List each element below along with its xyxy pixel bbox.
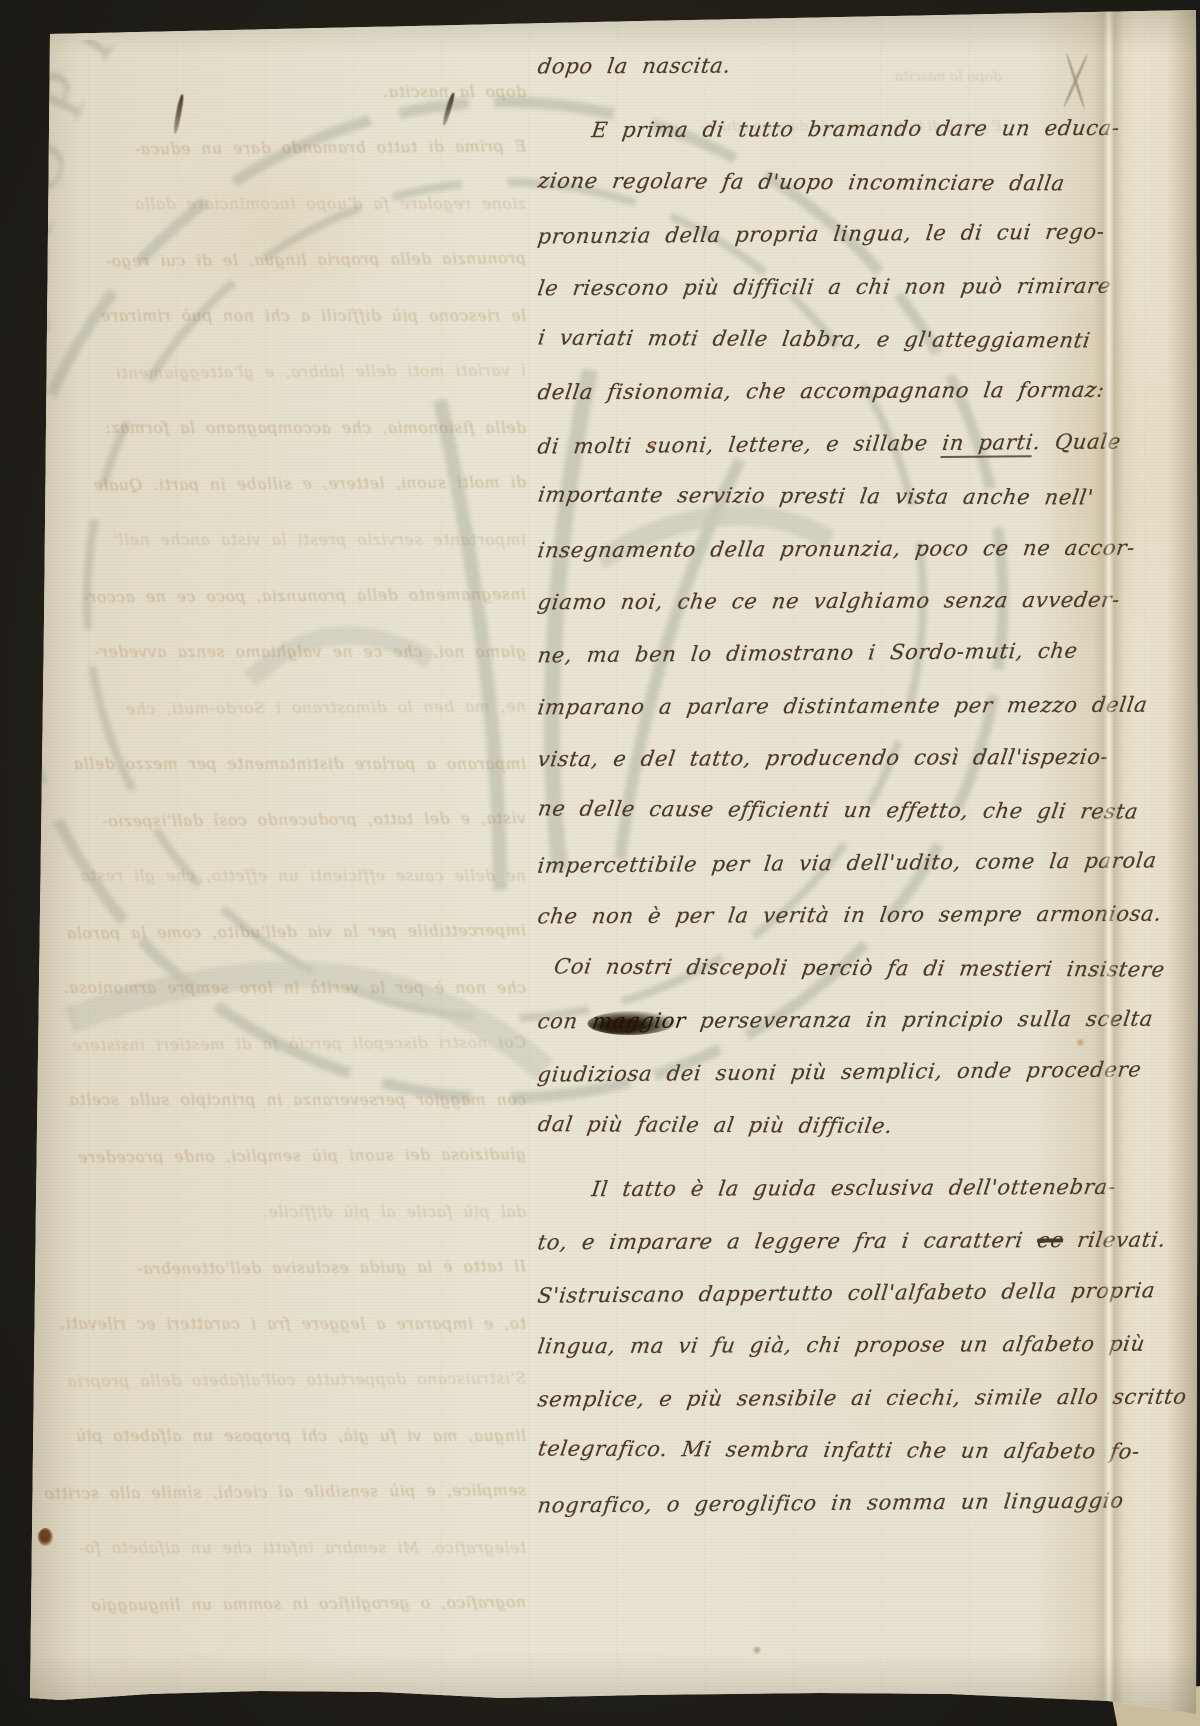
manuscript-line: vista, e del tatto, producendo così dall… — [538, 732, 1138, 784]
manuscript-line: S'istruiscano dappertutto coll'alfabeto … — [34, 1350, 526, 1409]
manuscript-line: lingua, ma vi fu già, chi propose un alf… — [34, 1408, 526, 1464]
manuscript-line: giudiziosa dei suoni più semplici, onde … — [34, 1126, 526, 1185]
page-edge-shadow-bottom — [0, 1652, 1200, 1726]
manuscript-line: telegrafico. Mi sembra infatti che un al… — [34, 1520, 526, 1576]
manuscript-line: to, e imparare a leggere fra i caratteri… — [34, 1296, 526, 1352]
manuscript-line: con maggior perseveranza in principio su… — [538, 994, 1138, 1046]
manuscript-line: Coi nostri discepoli perciò fa di mestie… — [538, 942, 1138, 994]
manuscript-line: importante servizio presti la vista anch… — [34, 512, 526, 568]
manuscript-line: E prima di tutto bramando dare un educa- — [538, 103, 1138, 155]
manuscript-line: le riescono più difficili a chi non può … — [34, 288, 526, 344]
manuscript-line: telegrafico. Mi sembra infatti che un al… — [538, 1424, 1138, 1476]
manuscript-line: ne, ma ben lo dimostrano i Sordo-muti, c… — [538, 627, 1138, 679]
manuscript-line: che non è per la verità in loro sempre a… — [538, 889, 1138, 941]
page-fold-crease — [1094, 0, 1124, 1726]
manuscript-text: dopo la nascita.E prima di tutto bramand… — [538, 40, 1138, 1529]
manuscript-line: Il tatto è la guida esclusiva dell'otten… — [538, 1162, 1138, 1214]
manuscript-line: di molti suoni, lettere, e sillabe in pa… — [34, 454, 526, 513]
manuscript-line: imparano a parlare distintamente per mez… — [538, 680, 1138, 732]
manuscript-line: impercettibile per la via dell'udito, co… — [34, 902, 526, 961]
manuscript-line: della fisionomia, che accompagnano la fo… — [34, 400, 526, 456]
manuscript-line: impercettibile per la via dell'udito, co… — [538, 837, 1138, 889]
manuscript-line: di molti suoni, lettere, e sillabe in pa… — [538, 418, 1138, 470]
manuscript-line: dal più facile al più difficile. — [34, 1184, 526, 1240]
manuscript-line: S'istruiscano dappertutto coll'alfabeto … — [538, 1267, 1138, 1319]
manuscript-scan: PROPRIETA PVBLICA dopo la nascita.E prim… — [0, 0, 1200, 1726]
page-edge-shadow-top — [0, 0, 1200, 54]
manuscript-line: giudiziosa dei suoni più semplici, onde … — [538, 1046, 1138, 1098]
manuscript-line: i variati moti delle labbra, e gl'attegg… — [34, 342, 526, 401]
manuscript-line: pronunzia della propria lingua, le di cu… — [538, 208, 1138, 260]
manuscript-line: della fisionomia, che accompagnano la fo… — [538, 365, 1138, 417]
page-edge-shadow-left — [0, 0, 80, 1726]
manuscript-line: insegnamento della pronunzia, poco ce ne… — [34, 566, 526, 625]
manuscript-line: i variati moti delle labbra, e gl'attegg… — [538, 313, 1138, 365]
manuscript-line: giamo noi, che ce ne valghiamo senza avv… — [34, 624, 526, 680]
manuscript-line: con maggior perseveranza in principio su… — [34, 1072, 526, 1128]
manuscript-line: insegnamento della pronunzia, poco ce ne… — [538, 523, 1138, 575]
manuscript-line: imparano a parlare distintamente per mez… — [34, 736, 526, 792]
manuscript-line: vista, e del tatto, producendo così dall… — [34, 790, 526, 849]
manuscript-line: semplice, e più sensibile ai ciechi, sim… — [34, 1462, 526, 1521]
manuscript-line: ne delle cause efficienti un effetto, ch… — [538, 784, 1138, 836]
manuscript-line: le riescono più difficili a chi non può … — [538, 261, 1138, 313]
manuscript-line: to, e imparare a leggere fra i caratteri… — [538, 1215, 1138, 1267]
manuscript-line: nografico, o geroglifico in somma un lin… — [34, 1574, 526, 1633]
manuscript-line: zione regolare fa d'uopo incominciare da… — [538, 156, 1138, 208]
manuscript-line: che non è per la verità in loro sempre a… — [34, 960, 526, 1016]
manuscript-line: pronunzia della propria lingua, le di cu… — [34, 230, 526, 289]
manuscript-line: lingua, ma vi fu già, chi propose un alf… — [538, 1319, 1138, 1371]
manuscript-line: zione regolare fa d'uopo incominciare da… — [34, 176, 526, 232]
manuscript-line: giamo noi, che ce ne valghiamo senza avv… — [538, 575, 1138, 627]
manuscript-line: semplice, e più sensibile ai ciechi, sim… — [538, 1372, 1138, 1424]
manuscript-line: ne delle cause efficienti un effetto, ch… — [34, 848, 526, 904]
ink-bleedthrough: dopo la nascita.E prima di tutto bramand… — [34, 64, 526, 1664]
manuscript-line: importante servizio presti la vista anch… — [538, 470, 1138, 522]
manuscript-line: Il tatto è la guida esclusiva dell'otten… — [34, 1238, 526, 1297]
manuscript-line: nografico, o geroglifico in somma un lin… — [538, 1477, 1138, 1529]
manuscript-line: dal più facile al più difficile. — [538, 1099, 1138, 1151]
page-edge-shadow-right — [1168, 0, 1200, 1726]
manuscript-line: Coi nostri discepoli perciò fa di mestie… — [34, 1014, 526, 1073]
manuscript-line: ne, ma ben lo dimostrano i Sordo-muti, c… — [34, 678, 526, 737]
paper-sheet: PROPRIETA PVBLICA dopo la nascita.E prim… — [0, 0, 1200, 1726]
pen-x-mark — [1052, 52, 1100, 110]
manuscript-line: E prima di tutto bramando dare un educa- — [34, 118, 526, 177]
